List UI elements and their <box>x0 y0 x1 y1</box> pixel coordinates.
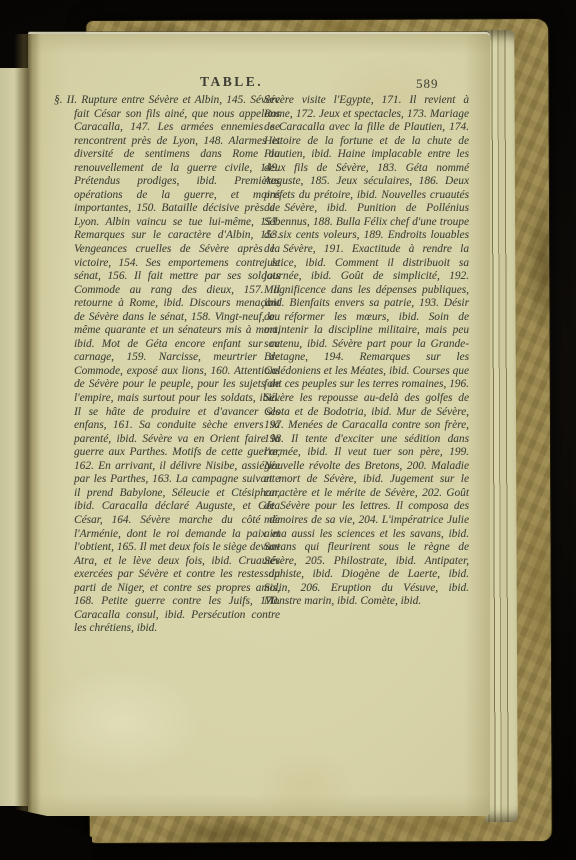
book-page: TABLE. 589 §. II. Rupture entre Sévère e… <box>28 34 490 816</box>
scanned-book-photo: TABLE. 589 §. II. Rupture entre Sévère e… <box>0 0 576 860</box>
page-number: 589 <box>416 76 439 92</box>
right-column-text: Sévère visite l'Egypte, 171. Il revient … <box>264 94 469 609</box>
gutter-shadow <box>14 34 40 816</box>
page-title: TABLE. <box>200 74 263 90</box>
left-column-text: §. II. Rupture entre Sévère et Albin, 14… <box>54 94 280 636</box>
